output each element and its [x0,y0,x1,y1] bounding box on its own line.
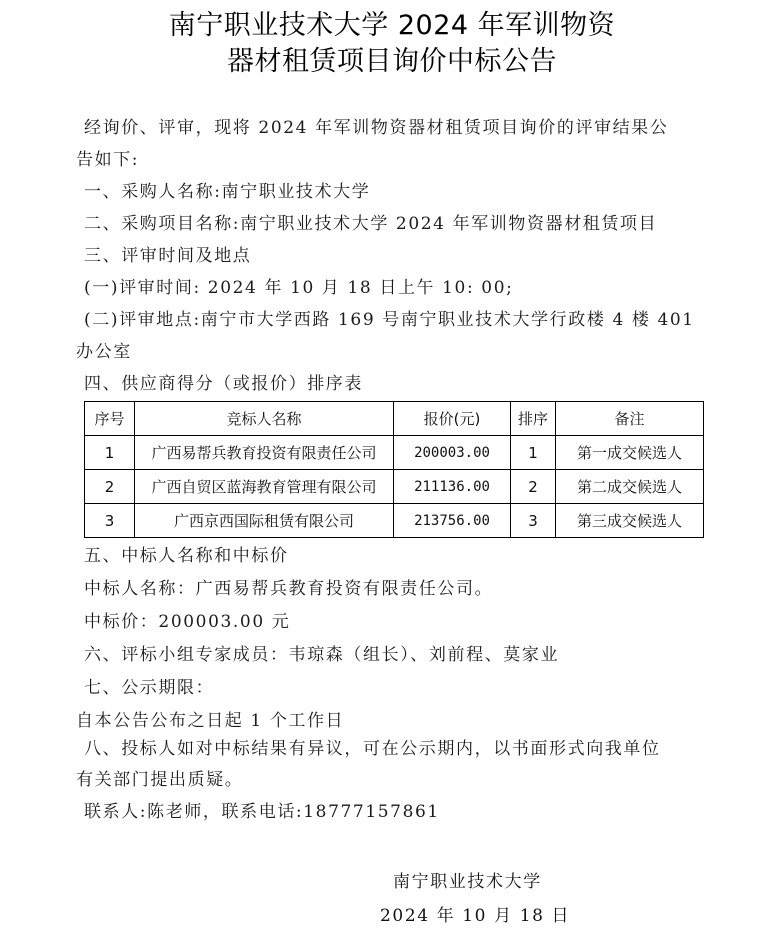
cell-price: 211136.00 [394,470,511,504]
cell-note: 第一成交候选人 [556,436,704,470]
column-header-bidder: 竞标人名称 [135,402,394,436]
cell-no: 1 [85,436,135,470]
cell-rank: 1 [511,436,556,470]
cell-price: 213756.00 [394,504,511,538]
contact-info: 联系人:陈老师，联系电话:18777157861 [84,801,440,823]
objection-notice-continued: 有关部门提出质疑。 [76,769,243,791]
publicity-period-detail: 自本公告公布之日起 1 个工作日 [76,710,344,732]
cell-note: 第三成交候选人 [556,504,704,538]
review-time: (一)评审时间: 2024 年 10 月 18 日上午 10: 00; [84,277,513,299]
review-time-place-heading: 三、评审时间及地点 [84,245,251,267]
column-header-no: 序号 [85,402,135,436]
winner-price: 中标价：200003.00 元 [84,611,290,633]
winner-heading: 五、中标人名称和中标价 [84,545,289,567]
cell-no: 2 [85,470,135,504]
table-row: 3 广西京西国际租赁有限公司 213756.00 3 第三成交候选人 [85,504,704,538]
review-place: (二)评审地点:南宁市大学西路 169 号南宁职业技术大学行政楼 4 楼 401 [84,309,695,331]
document-title-line-2: 器材租赁项目询价中标公告 [0,44,784,80]
intro-paragraph: 经询价、评审，现将 2024 年军训物资器材租赁项目询价的评审结果公 [84,117,668,139]
table-row: 1 广西易帮兵教育投资有限责任公司 200003.00 1 第一成交候选人 [85,436,704,470]
cell-bidder: 广西易帮兵教育投资有限责任公司 [135,436,394,470]
cell-rank: 3 [511,504,556,538]
publicity-period-heading: 七、公示期限： [84,677,214,699]
intro-paragraph-continued: 告如下: [76,149,139,171]
document-title-line-1: 南宁职业技术大学 2024 年军训物资 [0,8,784,44]
project-name: 二、采购项目名称:南宁职业技术大学 2024 年军训物资器材租赁项目 [84,213,657,235]
column-header-note: 备注 [556,402,704,436]
cell-bidder: 广西京西国际租赁有限公司 [135,504,394,538]
bid-ranking-table: 序号 竞标人名称 报价(元) 排序 备注 1 广西易帮兵教育投资有限责任公司 2… [84,401,704,538]
review-place-continued: 办公室 [76,341,132,363]
cell-no: 3 [85,504,135,538]
cell-bidder: 广西自贸区蓝海教育管理有限公司 [135,470,394,504]
cell-note: 第二成交候选人 [556,470,704,504]
cell-rank: 2 [511,470,556,504]
winner-name: 中标人名称：广西易帮兵教育投资有限责任公司。 [84,578,493,600]
table-header-row: 序号 竞标人名称 报价(元) 排序 备注 [85,402,704,436]
signature-organization: 南宁职业技术大学 [393,871,542,893]
purchaser-name: 一、采购人名称:南宁职业技术大学 [84,181,370,203]
column-header-price: 报价(元) [394,402,511,436]
objection-notice: 八、投标人如对中标结果有异议，可在公示期内，以书面形式向我单位 [84,738,661,760]
column-header-rank: 排序 [511,402,556,436]
cell-price: 200003.00 [394,436,511,470]
expert-panel: 六、评标小组专家成员：韦琼森（组长）、刘前程、莫家业 [84,644,559,666]
signature-date: 2024 年 10 月 18 日 [380,905,570,927]
ranking-table-heading: 四、供应商得分（或报价）排序表 [84,373,363,395]
table-row: 2 广西自贸区蓝海教育管理有限公司 211136.00 2 第二成交候选人 [85,470,704,504]
